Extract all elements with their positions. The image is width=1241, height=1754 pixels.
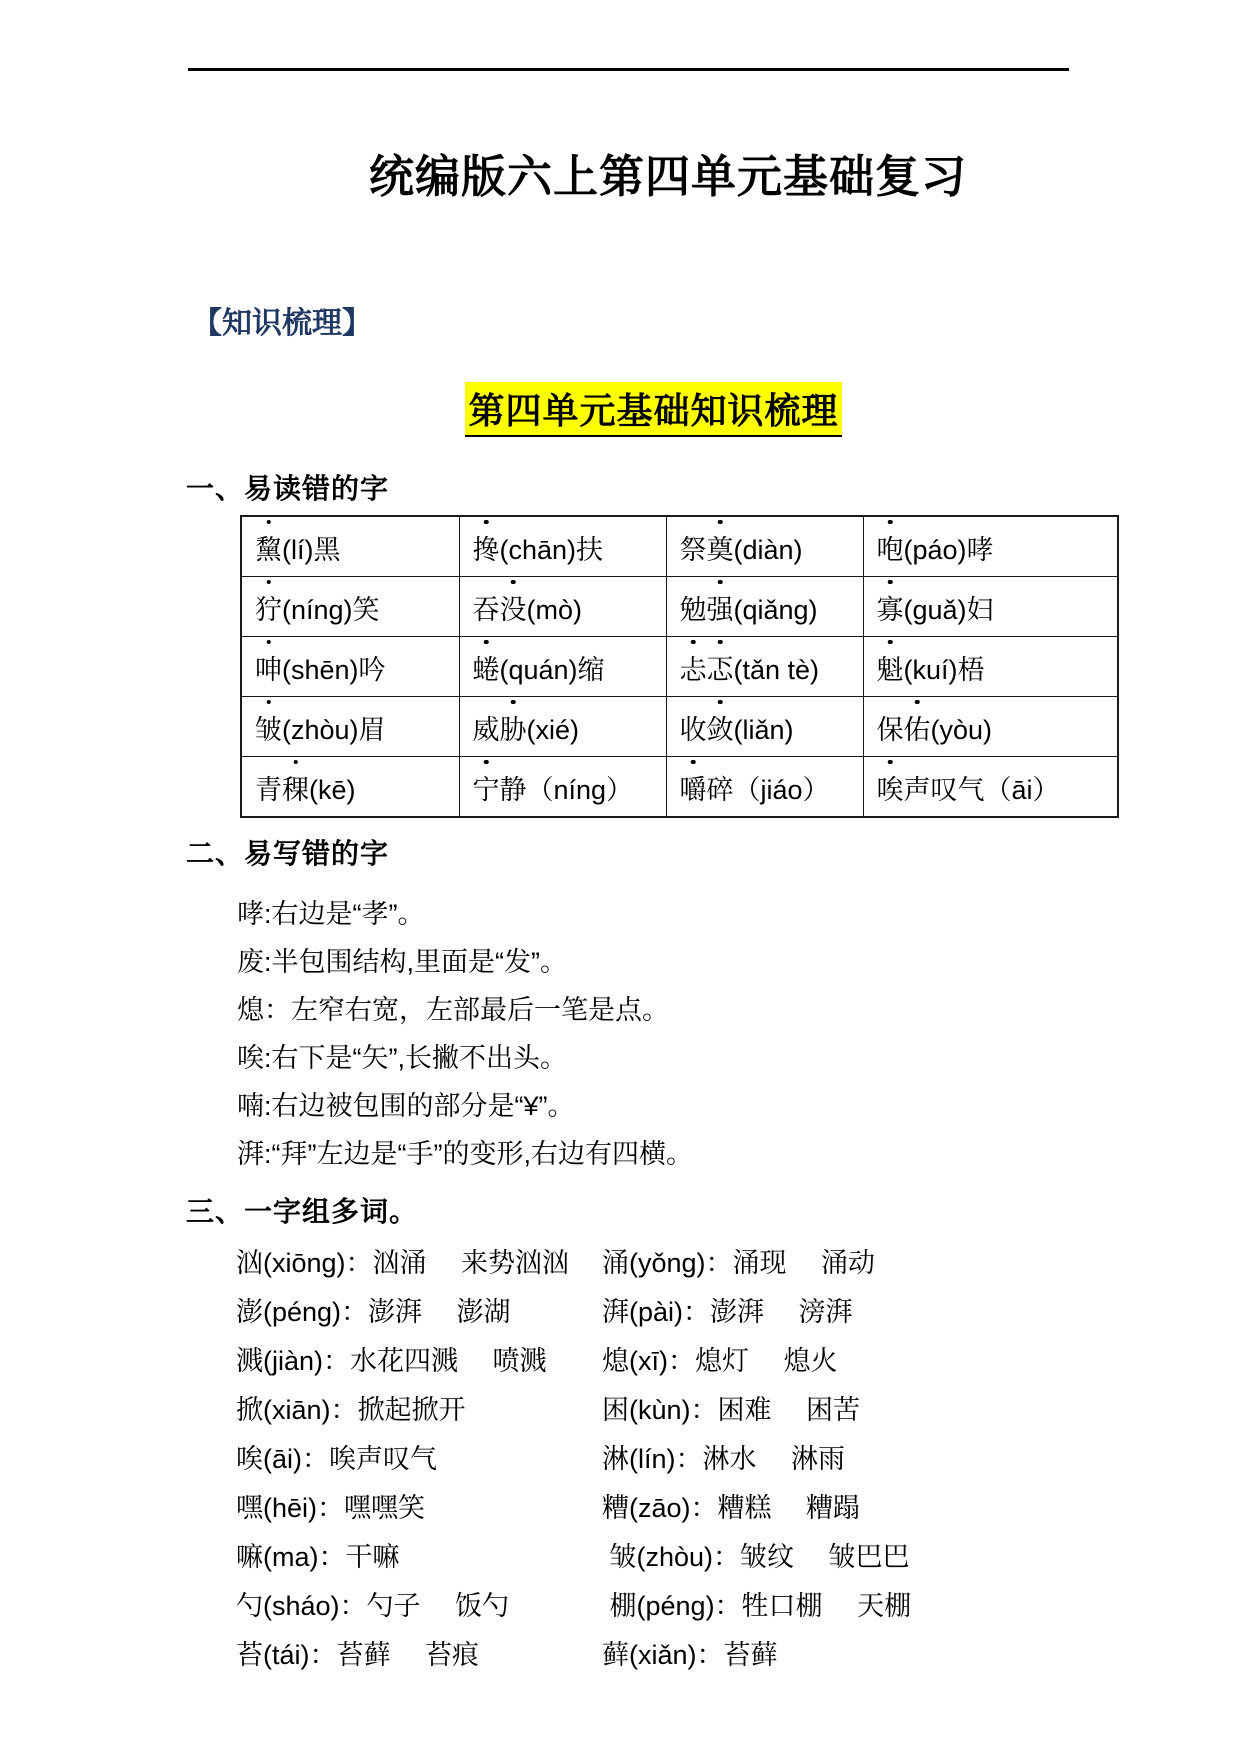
cell-text: (níng)笑 [282, 595, 380, 625]
emphasized-char: 忐 [680, 648, 707, 687]
word-group-left: 勺(sháo)：勺子 饭勺 [236, 1582, 602, 1631]
emphasized-char: 胁 [500, 708, 527, 747]
cell-text: 吞 [473, 595, 500, 625]
emphasized-char: 嚼 [680, 768, 707, 807]
cell-text: (xié) [527, 715, 580, 745]
table-cell: 呻(shēn)吟 [241, 636, 459, 696]
cell-text: (mò) [527, 595, 583, 625]
cell-text: (diàn) [734, 535, 803, 565]
emphasized-char: 狞 [255, 588, 282, 627]
emphasized-char: 没 [500, 588, 527, 627]
miswritten-item: 哮:右边是“孝”。 [237, 890, 1241, 938]
table-cell: 魁(kuí)梧 [863, 636, 1118, 696]
cell-text: 祭 [680, 535, 707, 565]
cell-text: (guǎ)妇 [904, 595, 994, 625]
emphasized-char: 皱 [255, 708, 282, 747]
word-group-right: 湃(pài)：澎湃 滂湃 [602, 1288, 1241, 1337]
emphasized-char: 魁 [877, 648, 904, 687]
table-cell: 皱(zhòu)眉 [241, 696, 459, 756]
emphasized-char: 寡 [877, 588, 904, 627]
cell-text: (zhòu)眉 [282, 715, 386, 745]
word-group-left: 掀(xiān)：掀起掀开 [236, 1386, 602, 1435]
cell-text: 保 [877, 715, 904, 745]
table-row: 呻(shēn)吟蜷(quán)缩忐忑(tǎn tè)魁(kuí)梧 [241, 636, 1118, 696]
cell-text: (qiǎng) [734, 595, 818, 625]
cell-text: (quán)缩 [500, 655, 605, 685]
word-group-right: 熄(xī)：熄灯 熄火 [602, 1337, 1241, 1386]
emphasized-char: 强 [707, 588, 734, 627]
emphasized-char: 宁 [473, 768, 500, 807]
emphasized-char: 奠 [707, 528, 734, 567]
word-group-line: 溅(jiàn)：水花四溅 喷溅熄(xī)：熄灯 熄火 [236, 1337, 1241, 1386]
cell-text: 收 [680, 715, 707, 745]
emphasized-char: 忑 [707, 648, 734, 687]
cell-text: (lí)黑 [282, 535, 340, 565]
section-heading-1: 一、易读错的字 [186, 467, 1241, 507]
emphasized-char: 唉 [877, 768, 904, 807]
cell-text: (páo)哮 [904, 535, 994, 565]
table-row: 黧(lí)黑搀(chān)扶祭奠(diàn)咆(páo)哮 [241, 516, 1118, 577]
table-row: 狞(níng)笑吞没(mò)勉强(qiǎng)寡(guǎ)妇 [241, 576, 1118, 636]
unit-heading-wrap: 第四单元基础知识梳理 [0, 382, 1241, 437]
table-cell: 宁静（níng） [459, 756, 666, 817]
cell-text: (yòu) [931, 715, 993, 745]
word-group-right: 糟(zāo)：糟糕 糟蹋 [602, 1484, 1241, 1533]
table-cell: 忐忑(tǎn tè) [666, 636, 863, 696]
cell-text: (shēn)吟 [282, 655, 386, 685]
emphasized-char: 敛 [707, 708, 734, 747]
section-heading-3: 三、一字组多词。 [186, 1190, 1241, 1230]
word-group-right: 淋(lín)：淋水 淋雨 [602, 1435, 1241, 1484]
table-cell: 吞没(mò) [459, 576, 666, 636]
word-group-left: 唉(āi)：唉声叹气 [236, 1435, 602, 1484]
word-group-line: 澎(péng)：澎湃 澎湖湃(pài)：澎湃 滂湃 [236, 1288, 1241, 1337]
table-cell: 收敛(liǎn) [666, 696, 863, 756]
word-group-left: 嘛(ma)：干嘛 [236, 1533, 602, 1582]
word-group-left: 苔(tái)：苔藓 苔痕 [236, 1631, 602, 1680]
table-row: 青稞(kē)宁静（níng）嚼碎（jiáo）唉声叹气（āi） [241, 756, 1118, 817]
word-group-left: 嘿(hēi)：嘿嘿笑 [236, 1484, 602, 1533]
table-cell: 保佑(yòu) [863, 696, 1118, 756]
word-group-line: 嘛(ma)：干嘛 皱(zhòu)：皱纹 皱巴巴 [236, 1533, 1241, 1582]
table-cell: 寡(guǎ)妇 [863, 576, 1118, 636]
table-cell: 青稞(kē) [241, 756, 459, 817]
miswritten-item: 废:半包围结构,里面是“发”。 [237, 938, 1241, 986]
emphasized-char: 黧 [255, 528, 282, 567]
word-group-line: 掀(xiān)：掀起掀开困(kùn)：困难 困苦 [236, 1386, 1241, 1435]
document-page: 统编版六上第四单元基础复习 【知识梳理】 第四单元基础知识梳理 一、易读错的字 … [0, 0, 1241, 1754]
cell-text: 勉 [680, 595, 707, 625]
miswritten-items: 哮:右边是“孝”。废:半包围结构,里面是“发”。熄：左窄右宽，左部最后一笔是点。… [237, 890, 1241, 1178]
word-group-list: 汹(xiōng)：汹涌 来势汹汹涌(yǒng)：涌现 涌动澎(péng)：澎湃 … [236, 1239, 1241, 1680]
emphasized-char: 呻 [255, 648, 282, 687]
table-cell: 狞(níng)笑 [241, 576, 459, 636]
cell-text: (chān)扶 [500, 535, 604, 565]
cell-text: 威 [473, 715, 500, 745]
emphasized-char: 搀 [473, 528, 500, 567]
cell-text: 青 [255, 775, 282, 805]
word-group-line: 嘿(hēi)：嘿嘿笑糟(zāo)：糟糕 糟蹋 [236, 1484, 1241, 1533]
word-group-right: 困(kùn)：困难 困苦 [602, 1386, 1241, 1435]
word-group-right: 棚(péng)：牲口棚 天棚 [602, 1582, 1241, 1631]
cell-text: 碎（jiáo） [707, 775, 830, 805]
emphasized-char: 咆 [877, 528, 904, 567]
cell-text: (kuí)梧 [904, 655, 985, 685]
table-cell: 搀(chān)扶 [459, 516, 666, 577]
table-cell: 嚼碎（jiáo） [666, 756, 863, 817]
cell-text: (liǎn) [734, 715, 794, 745]
table-cell: 咆(páo)哮 [863, 516, 1118, 577]
miswritten-item: 熄：左窄右宽，左部最后一笔是点。 [237, 986, 1241, 1034]
table-cell: 蜷(quán)缩 [459, 636, 666, 696]
word-group-right: 皱(zhòu)：皱纹 皱巴巴 [602, 1533, 1241, 1582]
emphasized-char: 蜷 [473, 648, 500, 687]
miswritten-item: 喃:右边被包围的部分是“¥”。 [237, 1082, 1241, 1130]
word-group-left: 溅(jiàn)：水花四溅 喷溅 [236, 1337, 602, 1386]
table-cell: 黧(lí)黑 [241, 516, 459, 577]
word-group-line: 唉(āi)：唉声叹气淋(lín)：淋水 淋雨 [236, 1435, 1241, 1484]
table-row: 皱(zhòu)眉威胁(xié)收敛(liǎn)保佑(yòu) [241, 696, 1118, 756]
word-group-line: 汹(xiōng)：汹涌 来势汹汹涌(yǒng)：涌现 涌动 [236, 1239, 1241, 1288]
table-cell: 威胁(xié) [459, 696, 666, 756]
cell-text: 声叹气（āi） [904, 775, 1060, 805]
word-group-right: 涌(yǒng)：涌现 涌动 [602, 1239, 1241, 1288]
word-group-left: 汹(xiōng)：汹涌 来势汹汹 [236, 1239, 602, 1288]
miswritten-item: 唉:右下是“矢”,长撇不出头。 [237, 1034, 1241, 1082]
table-cell: 祭奠(diàn) [666, 516, 863, 577]
knowledge-section-heading: 【知识梳理】 [192, 298, 1241, 342]
cell-text: (kē) [309, 775, 356, 805]
table-cell: 勉强(qiǎng) [666, 576, 863, 636]
word-group-right: 藓(xiǎn)：苔藓 [602, 1631, 1241, 1680]
unit-heading-highlighted: 第四单元基础知识梳理 [465, 382, 841, 437]
cell-text: (tǎn tè) [734, 655, 820, 685]
word-group-left: 澎(péng)：澎湃 澎湖 [236, 1288, 602, 1337]
emphasized-char: 稞 [282, 768, 309, 807]
miswritten-item: 湃:“拜”左边是“手”的变形,右边有四横。 [237, 1130, 1241, 1178]
cell-text: 静（níng） [500, 775, 634, 805]
emphasized-char: 佑 [904, 708, 931, 747]
word-group-line: 勺(sháo)：勺子 饭勺 棚(péng)：牲口棚 天棚 [236, 1582, 1241, 1631]
word-group-line: 苔(tái)：苔藓 苔痕藓(xiǎn)：苔藓 [236, 1631, 1241, 1680]
page-title: 统编版六上第四单元基础复习 [0, 71, 1241, 203]
pronunciation-table: 黧(lí)黑搀(chān)扶祭奠(diàn)咆(páo)哮狞(níng)笑吞没(… [240, 515, 1119, 818]
table-cell: 唉声叹气（āi） [863, 756, 1118, 817]
section-heading-2: 二、易写错的字 [186, 832, 1241, 872]
pronunciation-table-body: 黧(lí)黑搀(chān)扶祭奠(diàn)咆(páo)哮狞(níng)笑吞没(… [241, 516, 1118, 817]
